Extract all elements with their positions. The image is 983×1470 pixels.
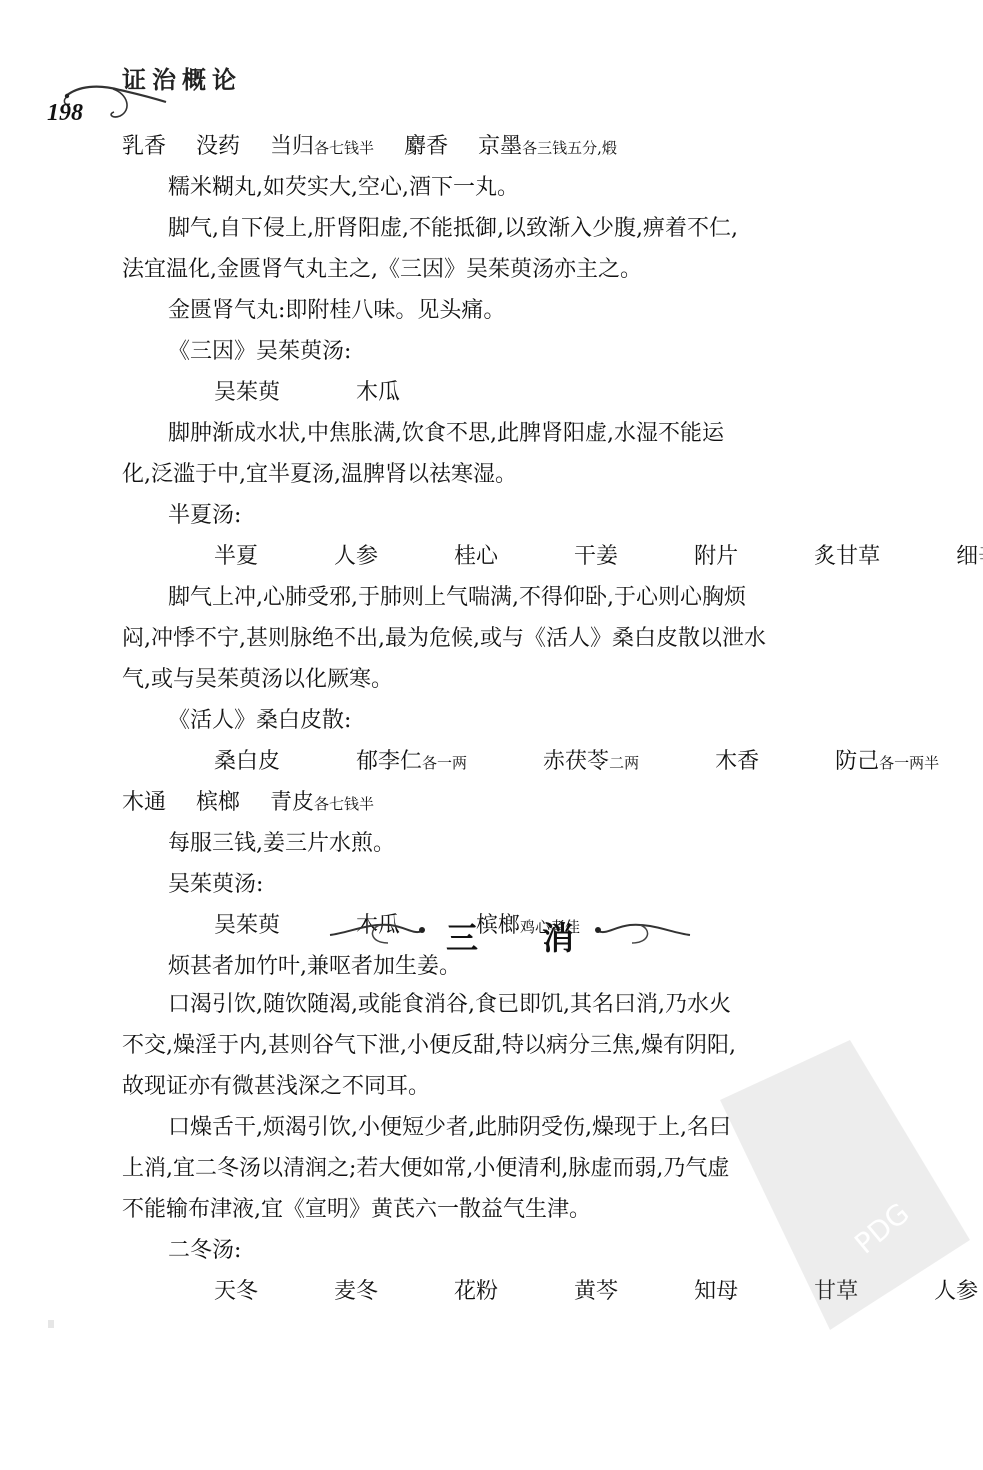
ingredient: 郁李仁各一两 [310,741,467,784]
formula-heading-sanyin: 《三因》吴茱萸汤: [122,331,897,372]
ingredient: 炙甘草 [768,536,880,577]
dosage-note: 各三钱五分,煅 [522,139,617,157]
ingredient: 干姜 [528,536,618,577]
ingredient-list-4b: 木通槟榔青皮各七钱半 [122,782,897,823]
right-swirl-ornament-icon [592,919,692,949]
body-text-block-1: 乳香没药当归各七钱半麝香京墨各三钱五分,煅 糯米糊丸,如芡实大,空心,酒下一丸。… [122,126,897,987]
section-title-char-1: 三 [446,919,542,957]
ingredient: 吴茱萸 [168,905,280,946]
paragraph-dosage: 每服三钱,姜三片水煎。 [122,823,897,864]
ingredient: 乳香 [122,126,166,167]
ingredient-name: 麝香 [404,134,448,159]
paragraph-jiaozhong-line-1: 脚肿渐成水状,中焦胀满,饮食不思,此脾肾阳虚,水湿不能运 [122,413,897,454]
paragraph-jiaozhong-line-2: 化,泛滥于中,宜半夏汤,温脾肾以祛寒湿。 [122,454,897,495]
ingredient-name: 防己 [835,749,879,774]
ingredient: 人参 [288,536,378,577]
ingredient: 桂心 [408,536,498,577]
ingredient: 青皮各七钱半 [270,782,374,825]
ingredient-name: 乳香 [122,134,166,159]
formula-heading-banxia: 半夏汤: [122,495,897,536]
ingredient-name: 木通 [122,790,166,815]
ingredient: 桑白皮 [168,741,280,782]
page-number: 198 [47,100,83,127]
paragraph-intro-line-1: 口渴引饮,随饮随渴,或能食消谷,食已即饥,其名曰消,乃水火 [122,984,897,1025]
ingredient: 木香 [669,741,759,782]
ingredient-name: 当归 [270,134,314,159]
ingredient: 防己各一两半 [789,741,939,784]
ingredient-name: 京墨 [478,134,522,159]
paragraph-shangchong-line-3: 气,或与吴茱萸汤以化厥寒。 [122,659,897,700]
ingredient: 没药 [196,126,240,167]
paragraph-jiaoqi-line-1: 脚气,自下侵上,肝肾阳虚,不能抵御,以致渐入少腹,痹着不仁, [122,208,897,249]
ingredient: 赤茯苓二两 [497,741,639,784]
watermark-stamp-icon: PDG [700,1040,970,1330]
ingredient: 附片 [648,536,738,577]
ingredient-name: 没药 [196,134,240,159]
dosage-note: 各七钱半 [314,139,374,157]
scan-speck [48,1320,54,1328]
ingredient-list-1: 乳香没药当归各七钱半麝香京墨各三钱五分,煅 [122,126,897,167]
ingredient: 木瓜 [310,372,400,413]
dosage-note: 二两 [609,754,639,772]
ingredient-list-2: 吴茱萸木瓜 [122,372,897,413]
book-page: 证治概论 198 乳香没药当归各七钱半麝香京墨各三钱五分,煅 糯米糊丸,如芡实大… [0,0,983,1470]
ingredient-list-4a: 桑白皮郁李仁各一两赤茯苓二两木香防己各一两半紫苏子 [122,741,897,782]
paragraph-pill-instruction: 糯米糊丸,如芡实大,空心,酒下一丸。 [122,167,897,208]
ingredient-name: 桑白皮 [214,749,280,774]
paragraph-shangchong-line-2: 闷,冲悸不宁,甚则脉绝不出,最为危候,或与《活人》桑白皮散以泄水 [122,618,897,659]
ingredient: 麦冬 [288,1271,378,1312]
ingredient-name: 青皮 [270,790,314,815]
ingredient: 天冬 [168,1271,258,1312]
dosage-note: 各一两半 [879,754,939,772]
ingredient-name: 槟榔 [196,790,240,815]
ingredient: 麝香 [404,126,448,167]
paragraph-jingui: 金匮肾气丸:即附桂八味。见头痛。 [122,290,897,331]
ingredient: 半夏 [168,536,258,577]
ingredient: 花粉 [408,1271,498,1312]
ingredient-name: 赤茯苓 [543,749,609,774]
formula-heading-huoren: 《活人》桑白皮散: [122,700,897,741]
ingredient: 紫苏子 [969,741,983,782]
ingredient: 细辛 [910,536,983,577]
ingredient-name: 郁李仁 [356,749,422,774]
ingredient-list-3: 半夏人参桂心干姜附片炙甘草细辛蜀椒 [122,536,897,577]
ingredient: 槟榔 [196,782,240,823]
section-heading-sanxiao: 三消 [320,905,700,965]
ingredient: 黄芩 [528,1271,618,1312]
paragraph-jiaoqi-line-2: 法宜温化,金匮肾气丸主之,《三因》吴茱萸汤亦主之。 [122,249,897,290]
ingredient: 当归各七钱半 [270,126,374,169]
ingredient-name: 吴茱萸 [214,913,280,938]
paragraph-shangchong-line-1: 脚气上冲,心肺受邪,于肺则上气喘满,不得仰卧,于心则心胸烦 [122,577,897,618]
ingredient: 木通 [122,782,166,823]
dosage-note: 各七钱半 [314,795,374,813]
ingredient-name: 木香 [715,749,759,774]
ingredient: 吴茱萸 [168,372,280,413]
dosage-note: 各一两 [422,754,467,772]
ingredient: 京墨各三钱五分,煅 [478,126,617,169]
formula-heading-wuzhuyu: 吴茱萸汤: [122,864,897,905]
